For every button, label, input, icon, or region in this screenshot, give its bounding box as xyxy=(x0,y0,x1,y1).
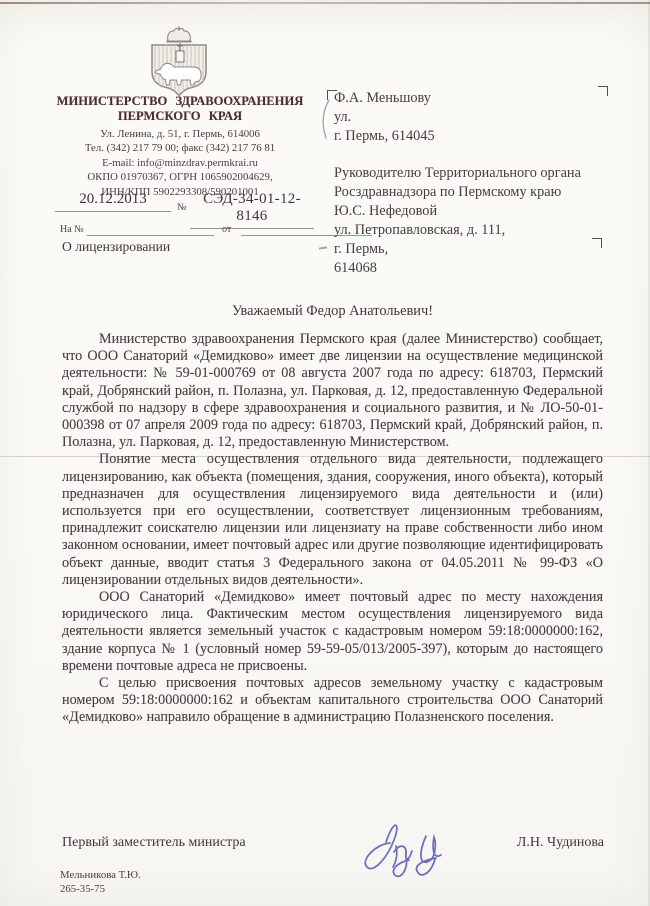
addressee-city-zip: г. Пермь, 614045 xyxy=(334,127,614,146)
signer-position-title: Первый заместитель министра xyxy=(62,835,246,851)
executor-phone: 265-35-75 xyxy=(60,883,141,897)
letter-date: 20.12.2013 xyxy=(55,191,171,212)
ministry-email: E-mail: info@minzdrav.permkrai.ru xyxy=(28,156,332,170)
ministry-street-address: Ул. Ленина, д. 51, г. Пермь, 614006 xyxy=(28,127,332,141)
executor-name: Мельникова Т.Ю. xyxy=(60,869,141,883)
ministry-name-line2: ПЕРМСКОГО КРАЯ xyxy=(28,109,332,124)
body-paragraph: ООО Санаторий «Демидково» имеет почтовый… xyxy=(62,589,603,675)
executor-block: Мельникова Т.Ю. 265-35-75 xyxy=(60,869,141,896)
reference-number-label: На № xyxy=(60,224,84,235)
handwritten-signature xyxy=(346,810,464,892)
addressee2-zip: 614068 xyxy=(334,259,614,278)
addressee-street: ул. xyxy=(334,108,614,127)
ministry-name-line1: МИНИСТЕРСТВО ЗДРАВООХРАНЕНИЯ xyxy=(28,94,332,109)
ministry-phone-fax: Тел. (342) 217 79 00; факс (342) 217 76 … xyxy=(28,141,332,155)
body-paragraph: С целью присвоения почтовых адресов земе… xyxy=(62,675,603,727)
addressee-secondary: Руководителю Территориального органа Рос… xyxy=(334,164,614,221)
addressee2-city: г. Пермь, xyxy=(334,240,614,259)
salutation: Уважаемый Федор Анатольевич! xyxy=(62,303,603,320)
letter-body: Министерство здравоохранения Пермского к… xyxy=(62,331,603,727)
addressee2-street: ул. Петропавловская, д. 111, xyxy=(334,221,614,240)
ministry-contact-block: Ул. Ленина, д. 51, г. Пермь, 614006 Тел.… xyxy=(28,127,332,199)
handwritten-tick-mark xyxy=(318,98,334,140)
scanned-letter-page: МИНИСТЕРСТВО ЗДРАВООХРАНЕНИЯ ПЕРМСКОГО К… xyxy=(0,0,650,906)
reference-number-blank-line xyxy=(87,235,214,236)
letter-subject: О лицензировании xyxy=(62,239,170,255)
reference-from-label: от xyxy=(222,224,231,235)
outgoing-number: СЭД-34-01-12-8146 xyxy=(190,191,314,229)
signer-name: Л.Н. Чудинова xyxy=(480,835,604,851)
addressee-primary: Ф.А. Меньшову ул. г. Пермь, 614045 xyxy=(334,89,614,146)
ministry-name: МИНИСТЕРСТВО ЗДРАВООХРАНЕНИЯ ПЕРМСКОГО К… xyxy=(28,94,332,124)
addressee2-title-line1: Руководителю Территориального органа xyxy=(334,164,614,183)
addressee-name: Ф.А. Меньшову xyxy=(334,89,614,108)
perm-krai-coat-of-arms-icon xyxy=(146,24,212,98)
addressee-secondary-address: ул. Петропавловская, д. 111, г. Пермь, 6… xyxy=(334,221,614,278)
body-paragraph: Понятие места осуществления отдельного в… xyxy=(62,451,603,589)
body-paragraph: Министерство здравоохранения Пермского к… xyxy=(62,331,603,451)
addressee2-name: Ю.С. Нефедовой xyxy=(334,202,614,221)
ministry-okpo-ogrn: ОКПО 01970367, ОГРН 1065902004629, xyxy=(28,170,332,184)
number-sign-label: № xyxy=(177,202,187,213)
addressee2-title-line2: Росздравнадзора по Пермскому краю xyxy=(334,183,614,202)
handwritten-dash-mark xyxy=(319,246,327,249)
scan-edge-artifact-top xyxy=(0,2,650,4)
